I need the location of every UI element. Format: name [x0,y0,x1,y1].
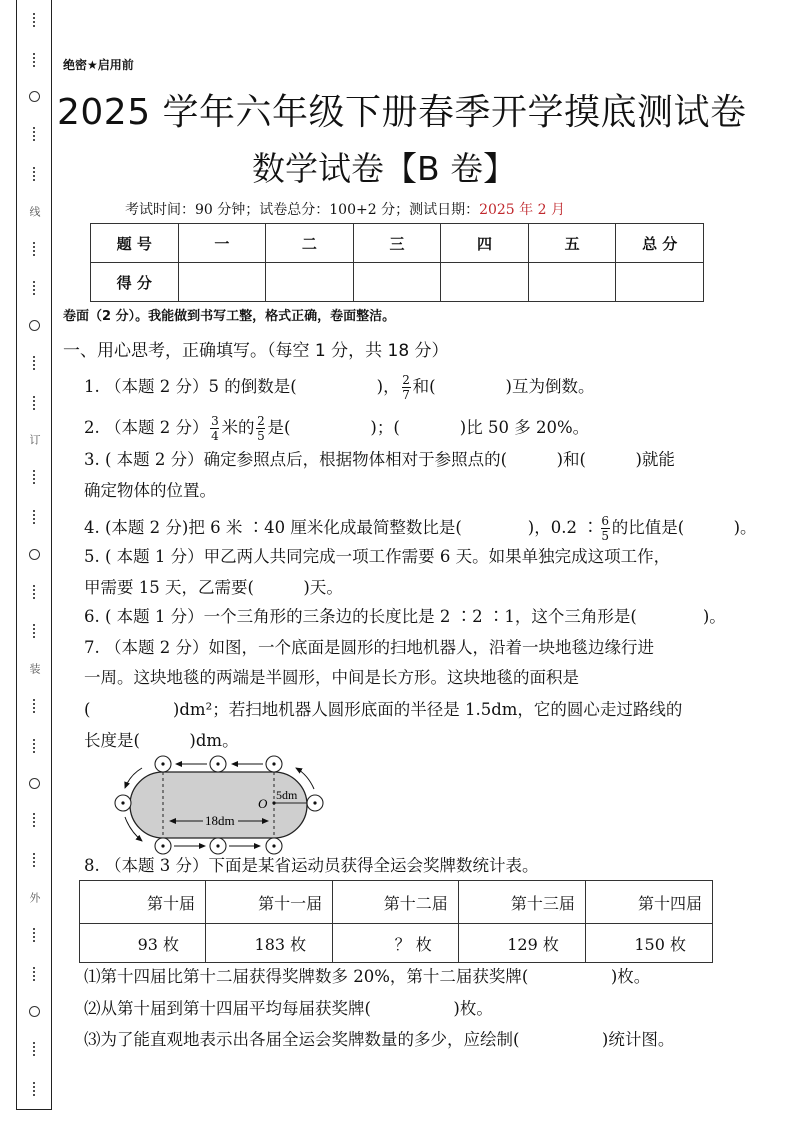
secret-label: 绝密★启用前 [63,56,134,73]
denominator: 7 [402,389,410,401]
binding-char: 线 [26,206,42,217]
denominator: 5 [601,530,609,542]
question-7-cont: 长度是( )dm。 [84,733,239,750]
binding-hole-icon [29,549,40,560]
fraction: 25 [256,415,265,442]
dotted-line [33,355,35,371]
medal-table: 第十届 第十一届 第十二届 第十三届 第十四届 93 枚 183 枚 ？ 枚 1… [79,880,713,963]
score-header-cell: 三 [353,224,441,263]
question-7-cont: ( )dm²；若扫地机器人圆形底面的半径是 1.5dm，它的圆心走过路线的 [84,702,682,719]
neatness-note: 卷面（2 分）。我能做到书写工整，格式正确，卷面整洁。 [63,305,395,324]
q4-text: 的比值是( )。 [612,518,757,537]
q2-text: 是( [267,418,290,437]
fraction: 34 [210,415,219,442]
exam-date: 2025 年 2 月 [479,202,565,218]
medal-cell: 93 枚 [80,924,206,963]
question-8-sub2: ⑵从第十届到第十四届平均每届获奖牌( )枚。 [84,1001,493,1018]
q1-text: )， [377,377,400,396]
exam-meta-info: 考试时间：90 分钟；试卷总分：100+2 分；测试日期： [125,202,479,218]
medal-cell: 129 枚 [458,924,585,963]
dotted-line [33,395,35,411]
numerator: 6 [601,515,609,527]
medal-cell: 183 枚 [206,924,333,963]
question-8-sub1: ⑴第十四届比第十二届获得奖牌数多 20%，第十二届获奖牌( )枚。 [84,969,650,986]
dotted-line [33,280,35,296]
dotted-line [33,584,35,600]
dotted-line [33,241,35,257]
binding-hole-icon [29,1006,40,1017]
denominator: 4 [211,430,219,442]
fraction: 65 [601,515,610,542]
score-table: 题 号 一 二 三 四 五 总 分 得 分 [90,223,704,302]
score-cell[interactable] [441,263,529,302]
q2-text: 2. （本题 2 分） [84,418,208,437]
dotted-line [33,966,35,982]
score-table-header-row: 题 号 一 二 三 四 五 总 分 [91,224,704,263]
q1-text: 1. （本题 2 分）5 的倒数是( [84,377,297,396]
question-7-cont: 一周。这块地毯的两端是半圆形，中间是长方形。这块地毯的面积是 [84,670,579,687]
question-2: 2. （本题 2 分）34米的25是()；()比 50 多 20%。 [84,415,589,442]
question-7: 7. （本题 2 分）如图，一个底面是圆形的扫地机器人，沿着一块地毯边缘行进 [84,640,654,657]
question-3-cont: 确定物体的位置。 [84,483,216,500]
score-header-cell: 题 号 [91,224,179,263]
q2-text: )比 50 多 20%。 [460,418,589,437]
score-header-cell: 二 [266,224,354,263]
score-header-cell: 五 [528,224,616,263]
binding-hole-icon [29,778,40,789]
binding-char: 外 [26,892,42,903]
question-3: 3. ( 本题 2 分）确定参照点后，根据物体相对于参照点的( )和( )就能 [84,452,675,469]
medal-cell: ？ 枚 [333,924,459,963]
question-5: 5. ( 本题 1 分）甲乙两人共同完成一项工作需要 6 天。如果单独完成这项工… [84,549,670,566]
svg-text:5dm: 5dm [276,788,298,802]
dotted-line [33,1041,35,1057]
question-8-sub3: ⑶为了能直观地表示出各届全运会奖牌数量的多少，应绘制( )统计图。 [84,1032,674,1049]
dotted-line [33,52,35,68]
dotted-line [33,852,35,868]
dotted-line [33,469,35,485]
binding-char: 订 [26,434,42,445]
svg-text:18dm: 18dm [205,813,235,828]
dotted-line [33,126,35,142]
page-subtitle: 数学试卷【B 卷】 [252,143,516,190]
medal-header-cell: 第十届 [80,881,206,924]
score-row-label: 得 分 [91,263,179,302]
score-cell[interactable] [616,263,704,302]
medal-header-cell: 第十三届 [458,881,585,924]
dotted-line [33,812,35,828]
binding-margin: 线 订 装 外 [16,0,52,1110]
score-cell[interactable] [528,263,616,302]
question-1: 1. （本题 2 分）5 的倒数是()，27和()互为倒数。 [84,374,594,401]
q7-text: ²；若扫地机器人圆形底面的半径是 1.5dm，它的圆心走过路线的 [206,700,683,719]
dotted-line [33,927,35,943]
question-4: 4. (本题 2 分)把 6 米 ∶40 厘米化成最简整数比是( )，0.2 ∶… [84,515,757,542]
medal-header-cell: 第十二届 [333,881,459,924]
question-6: 6. ( 本题 1 分）一个三角形的三条边的长度比是 2 ∶2 ∶1，这个三角形… [84,609,726,626]
dotted-line [33,166,35,182]
question-8: 8. （本题 3 分）下面是某省运动员获得全运会奖牌数统计表。 [84,858,538,875]
dotted-line [33,12,35,28]
score-cell[interactable] [178,263,266,302]
q1-text: 和( [413,377,436,396]
score-header-cell: 四 [441,224,529,263]
binding-hole-icon [29,320,40,331]
q7-text: ( )dm [84,700,206,719]
dotted-line [33,623,35,639]
fraction: 27 [402,374,411,401]
section-title: 一、用心思考，正确填写。（每空 1 分，共 18 分） [63,336,449,361]
dotted-line [33,1081,35,1097]
numerator: 2 [402,374,410,386]
q4-text: 4. (本题 2 分)把 6 米 ∶40 厘米化成最简整数比是( )，0.2 ∶ [84,518,599,537]
score-cell[interactable] [266,263,354,302]
page-title: 2025 学年六年级下册春季开学摸底测试卷 [57,84,747,135]
binding-marks: 线 订 装 外 [17,0,51,1109]
numerator: 2 [257,415,265,427]
binding-char: 装 [26,663,42,674]
q2-text: 米的 [221,418,254,437]
medal-cell: 150 枚 [585,924,712,963]
medal-table-header-row: 第十届 第十一届 第十二届 第十三届 第十四届 [80,881,713,924]
score-header-cell: 总 分 [616,224,704,263]
carpet-diagram: O 5dm 18dm [108,755,348,855]
dotted-line [33,698,35,714]
score-cell[interactable] [353,263,441,302]
svg-text:O: O [258,796,268,811]
medal-table-row: 93 枚 183 枚 ？ 枚 129 枚 150 枚 [80,924,713,963]
score-header-cell: 一 [178,224,266,263]
numerator: 3 [211,415,219,427]
question-5-cont: 甲需要 15 天，乙需要( )天。 [84,580,343,597]
score-table-row: 得 分 [91,263,704,302]
exam-meta: 考试时间：90 分钟；试卷总分：100+2 分；测试日期：2025 年 2 月 [125,199,565,219]
dotted-line [33,509,35,525]
medal-header-cell: 第十四届 [585,881,712,924]
denominator: 5 [257,430,265,442]
q1-text: )互为倒数。 [506,377,595,396]
q2-text: )；( [370,418,399,437]
binding-hole-icon [29,91,40,102]
medal-header-cell: 第十一届 [206,881,333,924]
dotted-line [33,738,35,754]
